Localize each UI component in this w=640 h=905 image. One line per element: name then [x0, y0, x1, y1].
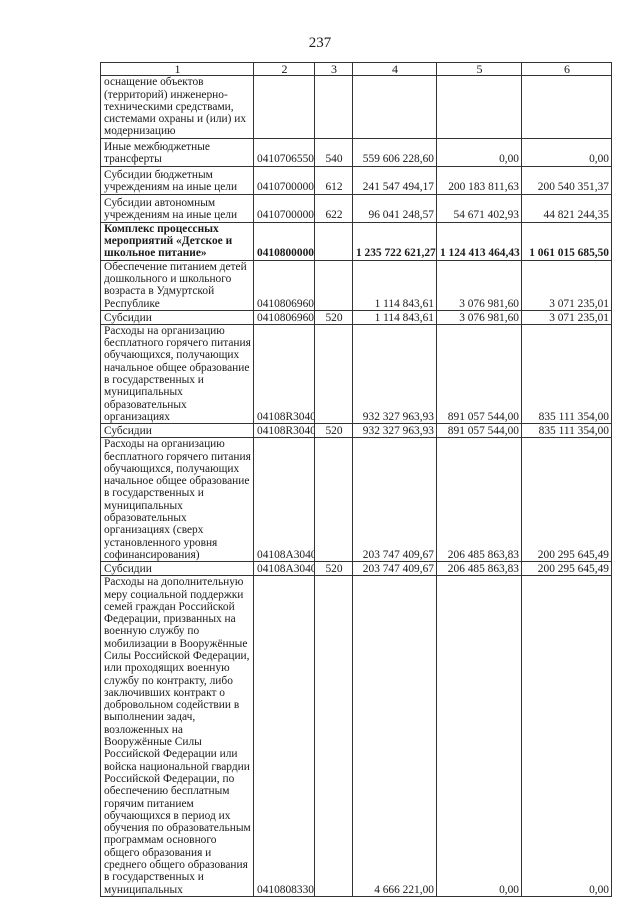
row-type [315, 76, 353, 138]
row-amount-year3: 3 071 235,01 [522, 260, 612, 310]
table-row: Обеспечение питанием детей дошкольного и… [101, 260, 612, 310]
row-amount-year1: 241 547 494,17 [353, 166, 437, 194]
row-amount-year2: 0,00 [437, 138, 522, 166]
row-type [315, 438, 353, 562]
row-amount-year3: 200 295 645,49 [522, 438, 612, 562]
table-row: Иные межбюджетные трансферты041070655054… [101, 138, 612, 166]
row-code: 04108A3040 [254, 562, 315, 576]
row-amount-year2: 891 057 544,00 [437, 424, 522, 438]
row-amount-year3: 200 540 351,37 [522, 166, 612, 194]
column-header-5: 5 [437, 63, 522, 76]
column-header-3: 3 [315, 63, 353, 76]
row-type: 520 [315, 424, 353, 438]
row-amount-year1: 932 327 963,93 [353, 324, 437, 423]
column-header-4: 4 [353, 63, 437, 76]
row-name: Субсидии [101, 424, 254, 438]
row-amount-year2: 206 485 863,83 [437, 438, 522, 562]
table-row: Расходы на дополнительную меру социально… [101, 576, 612, 897]
row-amount-year3: 835 111 354,00 [522, 324, 612, 423]
row-amount-year1: 1 114 843,61 [353, 260, 437, 310]
row-name: оснащение объектов (территорий) инженерн… [101, 76, 254, 138]
row-name: Субсидии [101, 562, 254, 576]
row-amount-year1: 96 041 248,57 [353, 194, 437, 222]
row-type: 622 [315, 194, 353, 222]
row-amount-year2: 54 671 402,93 [437, 194, 522, 222]
table-row: Субсидии04108069605201 114 843,613 076 9… [101, 310, 612, 324]
row-code: 0410806960 [254, 260, 315, 310]
row-amount-year2: 1 124 413 464,43 [437, 222, 522, 260]
row-amount-year3: 200 295 645,49 [522, 562, 612, 576]
row-amount-year2: 3 076 981,60 [437, 260, 522, 310]
column-header-2: 2 [254, 63, 315, 76]
table-row: Комплекс процессных мероприятий «Детское… [101, 222, 612, 260]
row-name: Обеспечение питанием детей дошкольного и… [101, 260, 254, 310]
row-amount-year2: 200 183 811,63 [437, 166, 522, 194]
row-amount-year2: 0,00 [437, 576, 522, 897]
row-amount-year1: 203 747 409,67 [353, 562, 437, 576]
row-amount-year3: 1 061 015 685,50 [522, 222, 612, 260]
column-header-1: 1 [101, 63, 254, 76]
table-row: оснащение объектов (территорий) инженерн… [101, 76, 612, 138]
row-type: 520 [315, 310, 353, 324]
row-amount-year3: 0,00 [522, 576, 612, 897]
row-type [315, 222, 353, 260]
row-code: 0410706550 [254, 138, 315, 166]
row-name: Субсидии [101, 310, 254, 324]
table-header-row: 1 2 3 4 5 6 [101, 63, 612, 76]
row-name: Расходы на организацию бесплатного горяч… [101, 438, 254, 562]
row-amount-year2: 3 076 981,60 [437, 310, 522, 324]
row-amount-year1: 203 747 409,67 [353, 438, 437, 562]
row-name: Субсидии автономным учреждениям на иные … [101, 194, 254, 222]
row-name: Расходы на дополнительную меру социально… [101, 576, 254, 897]
row-code: 0410700000 [254, 166, 315, 194]
row-amount-year3: 44 821 244,35 [522, 194, 612, 222]
row-name: Расходы на организацию бесплатного горяч… [101, 324, 254, 423]
page-number: 237 [0, 35, 640, 52]
row-name: Комплекс процессных мероприятий «Детское… [101, 222, 254, 260]
row-type: 540 [315, 138, 353, 166]
row-amount-year1: 1 114 843,61 [353, 310, 437, 324]
table-row: Субсидии04108A3040520203 747 409,67206 4… [101, 562, 612, 576]
row-code [254, 76, 315, 138]
row-amount-year1: 932 327 963,93 [353, 424, 437, 438]
row-name: Иные межбюджетные трансферты [101, 138, 254, 166]
row-type: 612 [315, 166, 353, 194]
table-row: Расходы на организацию бесплатного горяч… [101, 324, 612, 423]
table-row: Субсидии автономным учреждениям на иные … [101, 194, 612, 222]
row-amount-year3 [522, 76, 612, 138]
row-type [315, 576, 353, 897]
row-amount-year3: 835 111 354,00 [522, 424, 612, 438]
row-type [315, 324, 353, 423]
row-code: 0410800000 [254, 222, 315, 260]
budget-table: 1 2 3 4 5 6 оснащение объектов (территор… [100, 62, 612, 897]
row-type [315, 260, 353, 310]
row-amount-year1: 4 666 221,00 [353, 576, 437, 897]
row-code: 04108A3040 [254, 438, 315, 562]
row-amount-year1 [353, 76, 437, 138]
table-row: Субсидии04108R3040520932 327 963,93891 0… [101, 424, 612, 438]
row-code: 04108R3040 [254, 424, 315, 438]
row-code: 0410806960 [254, 310, 315, 324]
row-code: 0410808330 [254, 576, 315, 897]
row-type: 520 [315, 562, 353, 576]
row-amount-year1: 559 606 228,60 [353, 138, 437, 166]
row-name: Субсидии бюджетным учреждениям на иные ц… [101, 166, 254, 194]
table-row: Субсидии бюджетным учреждениям на иные ц… [101, 166, 612, 194]
row-amount-year2 [437, 76, 522, 138]
column-header-6: 6 [522, 63, 612, 76]
row-amount-year3: 3 071 235,01 [522, 310, 612, 324]
row-amount-year1: 1 235 722 621,27 [353, 222, 437, 260]
row-code: 04108R3040 [254, 324, 315, 423]
row-code: 0410700000 [254, 194, 315, 222]
row-amount-year2: 206 485 863,83 [437, 562, 522, 576]
row-amount-year2: 891 057 544,00 [437, 324, 522, 423]
row-amount-year3: 0,00 [522, 138, 612, 166]
table-row: Расходы на организацию бесплатного горяч… [101, 438, 612, 562]
